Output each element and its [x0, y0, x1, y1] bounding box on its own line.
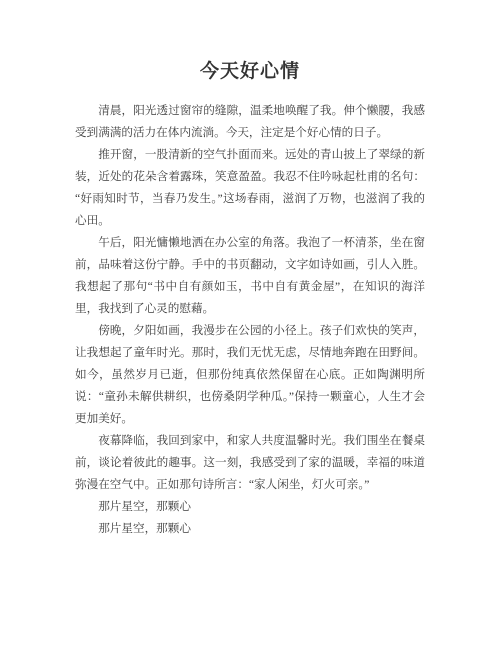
paragraph: 午后，阳光慵懒地洒在办公室的角落。我泡了一杯清茶，坐在窗前，品味着这份宁静。手中…	[75, 232, 425, 320]
paragraph: 推开窗，一股清新的空气扑面而来。远处的青山披上了翠绿的新装，近处的花朵含着露珠，…	[75, 144, 425, 232]
document-body: 清晨，阳光透过窗帘的缝隙，温柔地唤醒了我。伸个懒腰，我感受到满满的活力在体内流淌…	[75, 100, 425, 540]
document-page: 今天好心情 清晨，阳光透过窗帘的缝隙，温柔地唤醒了我。伸个懒腰，我感受到满满的活…	[0, 0, 500, 647]
paragraph: 夜幕降临，我回到家中，和家人共度温馨时光。我们围坐在餐桌前，谈论着彼此的趣事。这…	[75, 430, 425, 496]
document-viewport: { "theme": { "page_background": "#ffffff…	[0, 0, 500, 647]
paragraph: 那片星空，那颗心	[75, 518, 425, 540]
paragraph: 清晨，阳光透过窗帘的缝隙，温柔地唤醒了我。伸个懒腰，我感受到满满的活力在体内流淌…	[75, 100, 425, 144]
document-title: 今天好心情	[75, 57, 425, 87]
paragraph: 傍晚，夕阳如画，我漫步在公园的小径上。孩子们欢快的笑声，让我想起了童年时光。那时…	[75, 320, 425, 430]
paragraph: 那片星空，那颗心	[75, 496, 425, 518]
